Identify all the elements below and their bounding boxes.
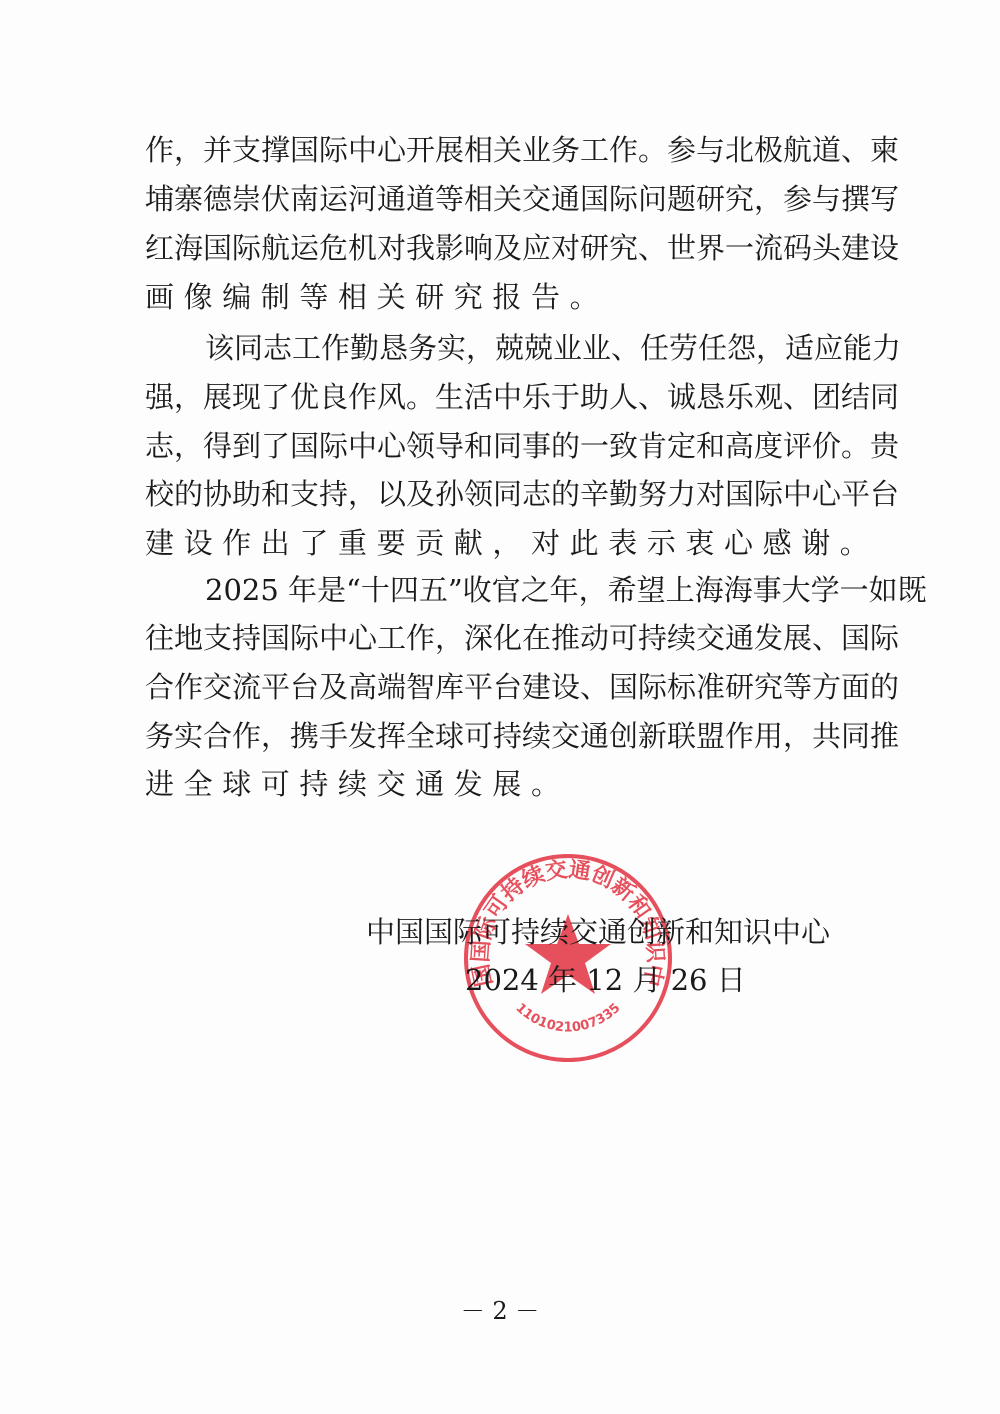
text-line: 往地支持国际中心工作，深化在推动可持续交通发展、国际	[145, 618, 847, 658]
signature-organization: 中国国际可持续交通创新和知识中心	[366, 912, 796, 952]
text-line: 校的协助和支持，以及孙领同志的辛勤努力对国际中心平台	[145, 474, 847, 514]
text-line: 建设作出了重要贡献，对此表示衷心感谢。	[145, 523, 847, 563]
text-line: 作，并支撑国际中心开展相关业务工作。参与北极航道、柬	[145, 130, 847, 170]
official-seal: 中国国际可持续交通创新和知识中心 1101021007335	[462, 852, 674, 1064]
text-line: 强，展现了优良作风。生活中乐于助人、诚恳乐观、团结同	[145, 377, 847, 417]
text-line: 合作交流平台及高端智库平台建设、国际标准研究等方面的	[145, 667, 847, 707]
signature-date: 2024 年 12 月 26 日	[465, 960, 746, 1000]
document-page: 作，并支撑国际中心开展相关业务工作。参与北极航道、柬 埔寨德崇伏南运河通道等相关…	[0, 0, 1000, 1414]
text-line: 埔寨德崇伏南运河通道等相关交通国际问题研究，参与撰写	[145, 179, 847, 219]
page-number: － 2 －	[460, 1296, 540, 1326]
text-line: 务实合作，携手发挥全球可持续交通创新联盟作用，共同推	[145, 716, 847, 756]
text-line: 画像编制等相关研究报告。	[145, 277, 847, 317]
text-line: 该同志工作勤恳务实，兢兢业业、任劳任怨，适应能力	[205, 328, 847, 368]
text-line: 2025 年是“十四五”收官之年，希望上海海事大学一如既	[205, 570, 847, 610]
text-line: 进全球可持续交通发展。	[145, 764, 847, 804]
text-line: 志，得到了国际中心领导和同事的一致肯定和高度评价。贵	[145, 426, 847, 466]
seal-code: 1101021007335	[513, 1001, 624, 1036]
text-line: 红海国际航运危机对我影响及应对研究、世界一流码头建设	[145, 228, 847, 268]
